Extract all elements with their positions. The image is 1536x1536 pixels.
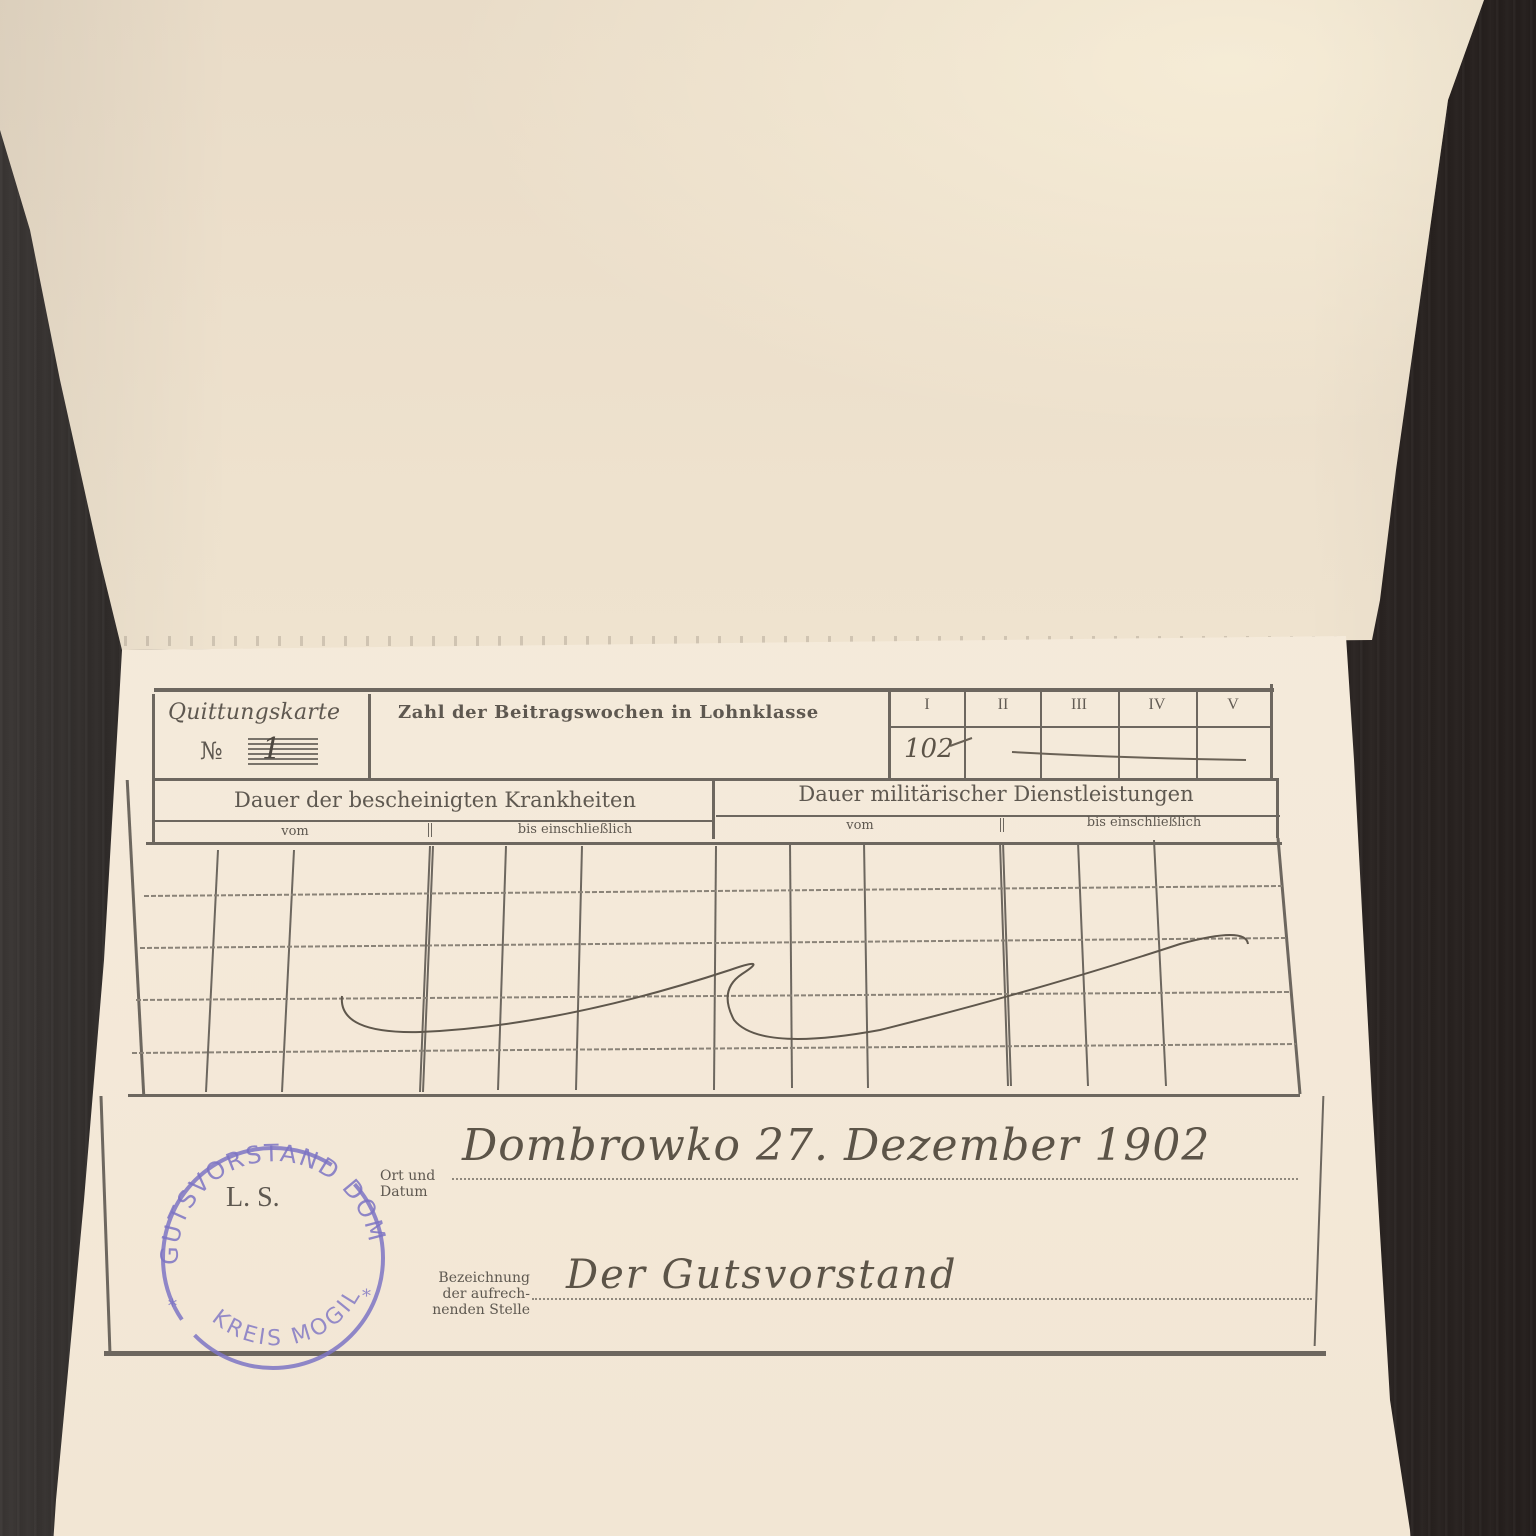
issuer-label: Bezeichnung der aufrech- nenden Stelle: [416, 1270, 530, 1318]
seal-placeholder-label: L. S.: [226, 1182, 280, 1214]
svg-text:*: *: [362, 1286, 371, 1307]
place-date-dotted-line: [452, 1178, 1298, 1180]
place-date-handwritten: Dombrowko 27. Dezember 1902: [462, 1120, 1210, 1171]
stamp-seal-icon: GUTSVORSTAND DOMBROWKO KREIS MOGILNO * *: [148, 1130, 398, 1380]
issuer-label-line3: nenden Stelle: [432, 1302, 530, 1318]
issuer-dotted-line: [532, 1298, 1312, 1300]
issuer-label-line2: der aufrech-: [443, 1286, 531, 1302]
svg-text:*: *: [168, 1296, 177, 1317]
issuer-handwritten-signature: Der Gutsvorstand: [566, 1252, 958, 1298]
issuer-label-line1: Bezeichnung: [438, 1270, 530, 1286]
strikethrough-flourish: [342, 935, 1248, 1039]
official-stamp: GUTSVORSTAND DOMBROWKO KREIS MOGILNO * *: [148, 1130, 398, 1380]
